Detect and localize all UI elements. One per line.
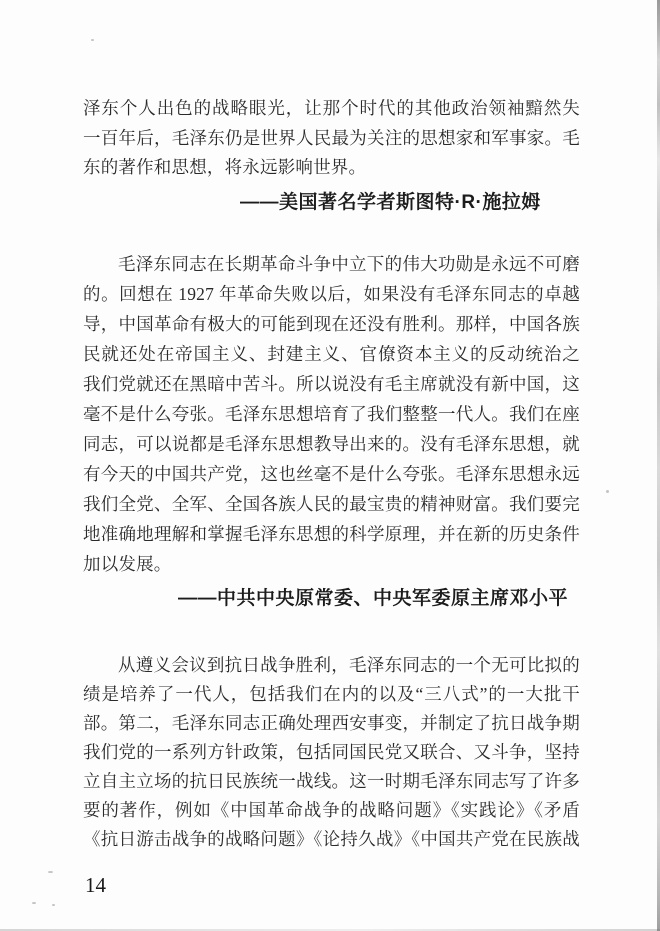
text-line: 有今天的中国共产党，这也丝毫不是什么夸张。毛泽东思想永远是 [83,459,580,489]
page-number: 14 [85,873,106,897]
text-line: 同志，可以说都是毛泽东思想教导出来的。没有毛泽东思想，就没 [83,429,580,459]
text-line: 部。第二，毛泽东同志正确处理西安事变，并制定了抗日战争期间 [83,709,580,738]
text-line: 的。回想在 1927 年革命失败以后，如果没有毛泽东同志的卓越领 [83,279,580,309]
quote-paragraph-schram: 泽东个人出色的战略眼光，让那个时代的其他政治领袖黯然失色。 一百年后，毛泽东仍是… [83,94,580,183]
quote-paragraph-deng: 毛泽东同志在长期革命斗争中立下的伟大功勋是永远不可磨灭 的。回想在 1927 年… [83,249,580,579]
attribution-deng-xiaoping: ——中共中央原常委、中央军委原主席邓小平 [178,588,568,610]
attribution-stuart-schram: ——美国著名学者斯图特·R·施拉姆 [240,192,541,214]
text-line: 地准确地理解和掌握毛泽东思想的科学原理，并在新的历史条件下 [83,519,580,549]
text-line: 我们全党、全军、全国各族人民的最宝贵的精神财富。我们要完整 [83,489,580,519]
text-line: 加以发展。 [83,549,580,579]
text-line: 立自主立场的抗日民族统一战线。这一时期毛泽东同志写了许多重 [83,767,580,796]
scan-speck [91,39,94,41]
text-line: 毫不是什么夸张。毛泽东思想培育了我们整整一代人。我们在座的 [83,399,580,429]
scan-speck [52,904,55,906]
text-line: 东的著作和思想，将永远影响世界。 [83,153,580,183]
text-line: 从遵义会议到抗日战争胜利，毛泽东同志的一个无可比拟的功 [83,651,580,680]
text-line: 绩是培养了一代人，包括我们在内的以及“三八式”的一大批干 [83,680,580,709]
text-line: 泽东个人出色的战略眼光，让那个时代的其他政治领袖黯然失色。 [83,94,580,124]
text-line: 一百年后，毛泽东仍是世界人民最为关注的思想家和军事家。毛泽 [83,124,580,154]
quote-paragraph-zunyi: 从遵义会议到抗日战争胜利，毛泽东同志的一个无可比拟的功 绩是培养了一代人，包括我… [83,651,580,854]
text-line: 我们党就还在黑暗中苦斗。所以说没有毛主席就没有新中国，这丝 [83,369,580,399]
text-line: 导，中国革命有极大的可能到现在还没有胜利。那样，中国各族人 [83,309,580,339]
text-line: 民就还处在帝国主义、封建主义、官僚资本主义的反动统治之下， [83,339,580,369]
text-line: 《抗日游击战争的战略问题》《论持久战》《中国共产党在民族战争中 [83,825,580,854]
text-line: 要的著作，例如《中国革命战争的战略问题》《实践论》《矛盾论》 [83,796,580,825]
text-line: 毛泽东同志在长期革命斗争中立下的伟大功勋是永远不可磨灭 [83,249,580,279]
text-line: 我们党的一系列方针政策，包括同国民党又联合、又斗争，坚持独 [83,738,580,767]
scan-speck [606,490,609,493]
scan-speck [32,902,36,904]
scanned-book-page: 泽东个人出色的战略眼光，让那个时代的其他政治领袖黯然失色。 一百年后，毛泽东仍是… [0,0,660,931]
scan-speck [48,871,53,873]
